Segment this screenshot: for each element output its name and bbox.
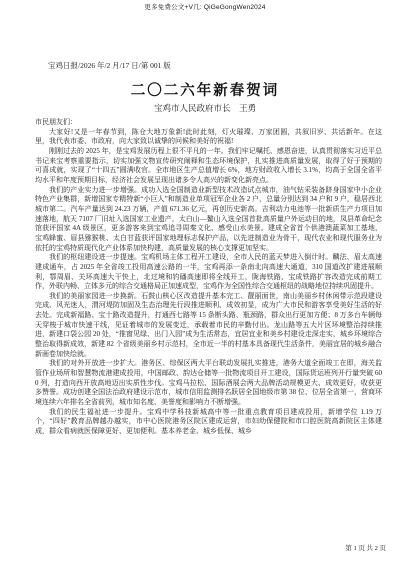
- body-paragraph: 我们的枢纽建设进一步提速。宝鸡机场主体工程开工建设，全市人民的蓝天梦进入倒计时。…: [35, 253, 382, 292]
- document-page: 更多免费公文+V几: QiGeGongWen2024 宝鸡日报/2026 年/2…: [0, 0, 410, 580]
- page-number-label: 第 1 页 共 2 页: [345, 543, 386, 552]
- article-title: 二〇二六年新春贺词: [0, 79, 410, 100]
- watermark-text: 更多免费公文+V几: QiGeGongWen2024: [0, 2, 410, 11]
- body-paragraph: 我们的民生福祉进一步提升。宝鸡中学科技新城高中等一批重点教育项目建成投用，新增学…: [35, 408, 382, 437]
- article-byline: 宝鸡市人民政府市长 王勇: [0, 102, 410, 114]
- body-paragraph: 我们的美丽家园进一步换新。石鼓山核心区改造提升基本完工、靓丽面世，南山美丽乡村休…: [35, 292, 382, 360]
- article-body: 市民朋友们： 大家好!又是一年春节到，陈仓大地万象新!此时此刻，灯火璀璨、万家团…: [35, 118, 382, 437]
- body-paragraph: 我们的产业实力进一步增强。成功入选全国制造业新型技术改造试点城市，油气钻采装备跻…: [35, 186, 382, 254]
- salutation: 市民朋友们：: [35, 118, 382, 128]
- body-paragraph: 大家好!又是一年春节到，陈仓大地万象新!此时此刻，灯火璀璨、万家团圆，共叙旧岁、…: [35, 128, 382, 147]
- body-paragraph: 我们的对外开放进一步扩大。港务区、综保区两大平台联动发展扎实推进，港务大道全面竣…: [35, 359, 382, 407]
- newspaper-edition-line: 宝鸡日报/2026 年/2 月/17 日/第 001 版: [48, 60, 171, 71]
- body-paragraph: 刚刚过去的 2025 年，是宝鸡发展历程上很不平凡的一年。我们牢记嘱托、感恩奋进…: [35, 147, 382, 186]
